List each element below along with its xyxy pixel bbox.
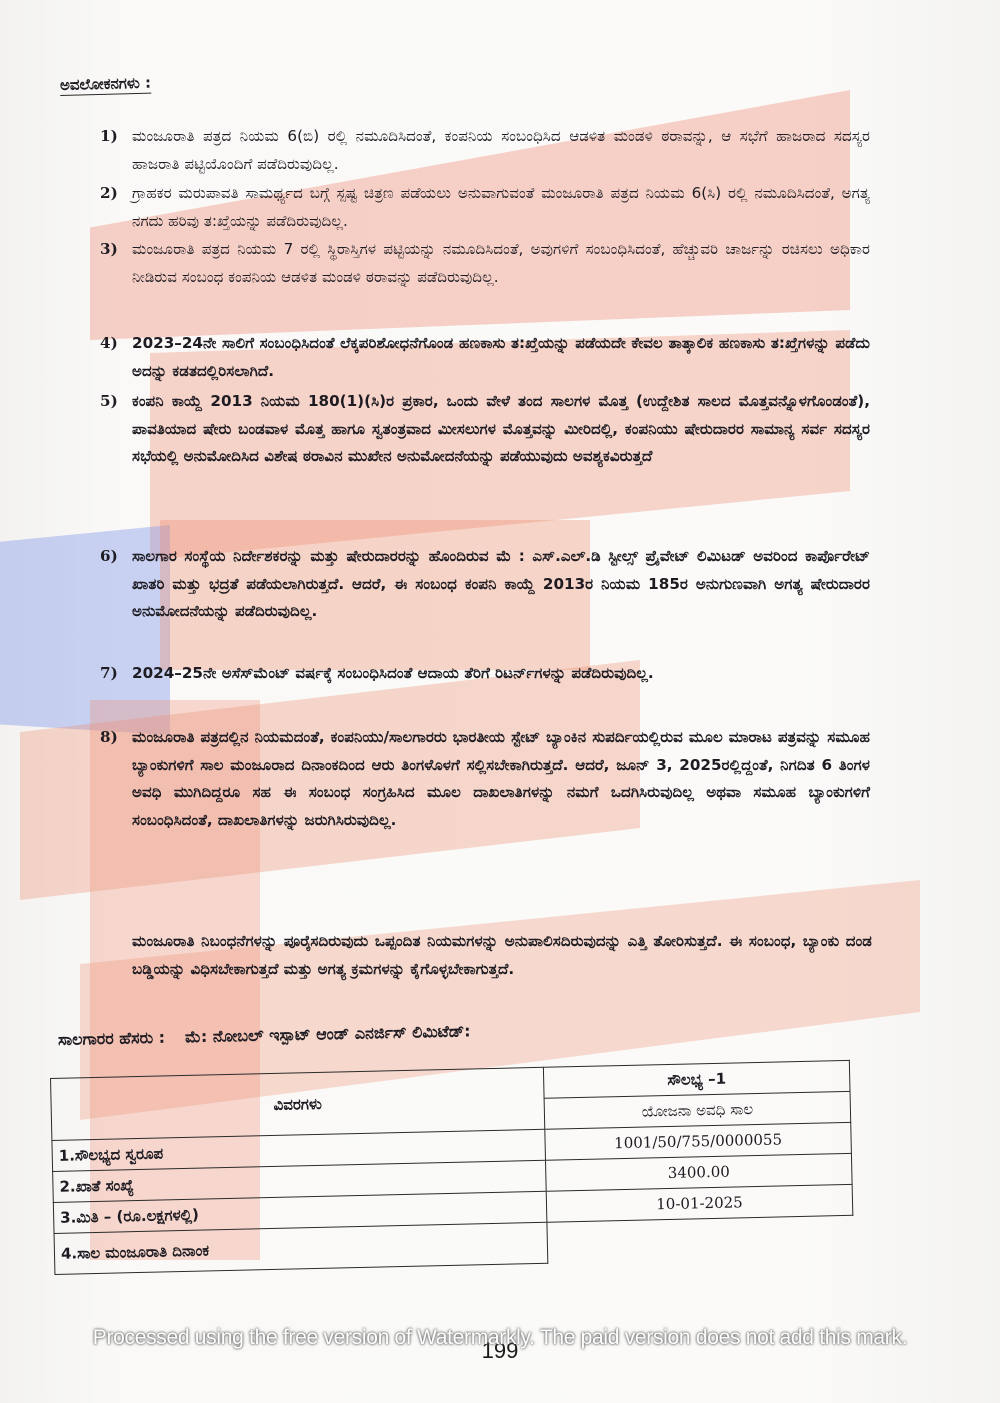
watermark-notice: Processed using the free version of Wate…: [0, 1326, 1000, 1350]
facility-table: ವಿವರಗಳು ಸೌಲಭ್ಯ –1 ಯೋಜನಾ ಅವಧಿ ಸಾಲ 1.ಸೌಲಭ್…: [50, 1060, 854, 1275]
observation-item: 6) ಸಾಲಗಾರ ಸಂಸ್ಥೆಯ ನಿರ್ದೇಶಕರನ್ನು ಮತ್ತು ಷೇ…: [100, 543, 870, 626]
observation-item: 8) ಮಂಜೂರಾತಿ ಪತ್ರದಲ್ಲಿನ ನಿಯಮದಂತೆ, ಕಂಪನಿಯು…: [100, 724, 870, 834]
conclusion-paragraph: ಮಂಜೂರಾತಿ ನಿಬಂಧನೆಗಳನ್ನು ಪೂರೈಸದಿರುವುದು ಒಪ್…: [132, 928, 872, 983]
section-heading: ಅವಲೋಕನಗಳು :: [60, 74, 152, 94]
borrower-name: ಮೆ: ನೋಬಲ್ ಇಸ್ಪಾಟ್ ಆಂಡ್ ಎನರ್ಜಿಸ್ ಲಿಮಿಟೆಡ್…: [185, 1021, 471, 1046]
observation-item: 7) 2024–25ನೇ ಅಸೆಸ್‌ಮೆಂಟ್ ವರ್ಷಕ್ಕೆ ಸಂಬಂಧಿ…: [100, 660, 870, 688]
observation-item: 4) 2023–24ನೇ ಸಾಲಿಗೆ ಸಂಬಂಧಿಸಿದಂತೆ ಲೆಕ್ಕಪರ…: [100, 330, 870, 385]
borrower-label: ಸಾಲಗಾರರ ಹೆಸರು :: [58, 1028, 165, 1049]
observation-item: 5) ಕಂಪನಿ ಕಾಯ್ದೆ 2013 ನಿಯಮ 180(1)(ಸಿ)ರ ಪ್…: [100, 388, 870, 471]
borrower-name-line: ಸಾಲಗಾರರ ಹೆಸರು :ಮೆ: ನೋಬಲ್ ಇಸ್ಪಾಟ್ ಆಂಡ್ ಎನ…: [58, 1021, 471, 1050]
observation-item: 1) ಮಂಜೂರಾತಿ ಪತ್ರದ ನಿಯಮ 6(ಬಿ) ರಲ್ಲಿ ನಮೂದಿ…: [100, 123, 870, 178]
row-value: [547, 1215, 854, 1263]
scanned-page: ಅವಲೋಕನಗಳು : 1) ಮಂಜೂರಾತಿ ಪತ್ರದ ನಿಯಮ 6(ಬಿ)…: [0, 0, 1000, 1403]
observation-item: 2) ಗ್ರಾಹಕರ ಮರುಪಾವತಿ ಸಾಮರ್ಥ್ಯದ ಬಗ್ಗೆ ಸ್ಪಷ…: [100, 180, 870, 235]
column-header-details: ವಿವರಗಳು: [51, 1067, 545, 1140]
observation-item: 3) ಮಂಜೂರಾತಿ ಪತ್ರದ ನಿಯಮ 7 ರಲ್ಲಿ ಸ್ಥಿರಾಸ್ತ…: [100, 236, 870, 291]
